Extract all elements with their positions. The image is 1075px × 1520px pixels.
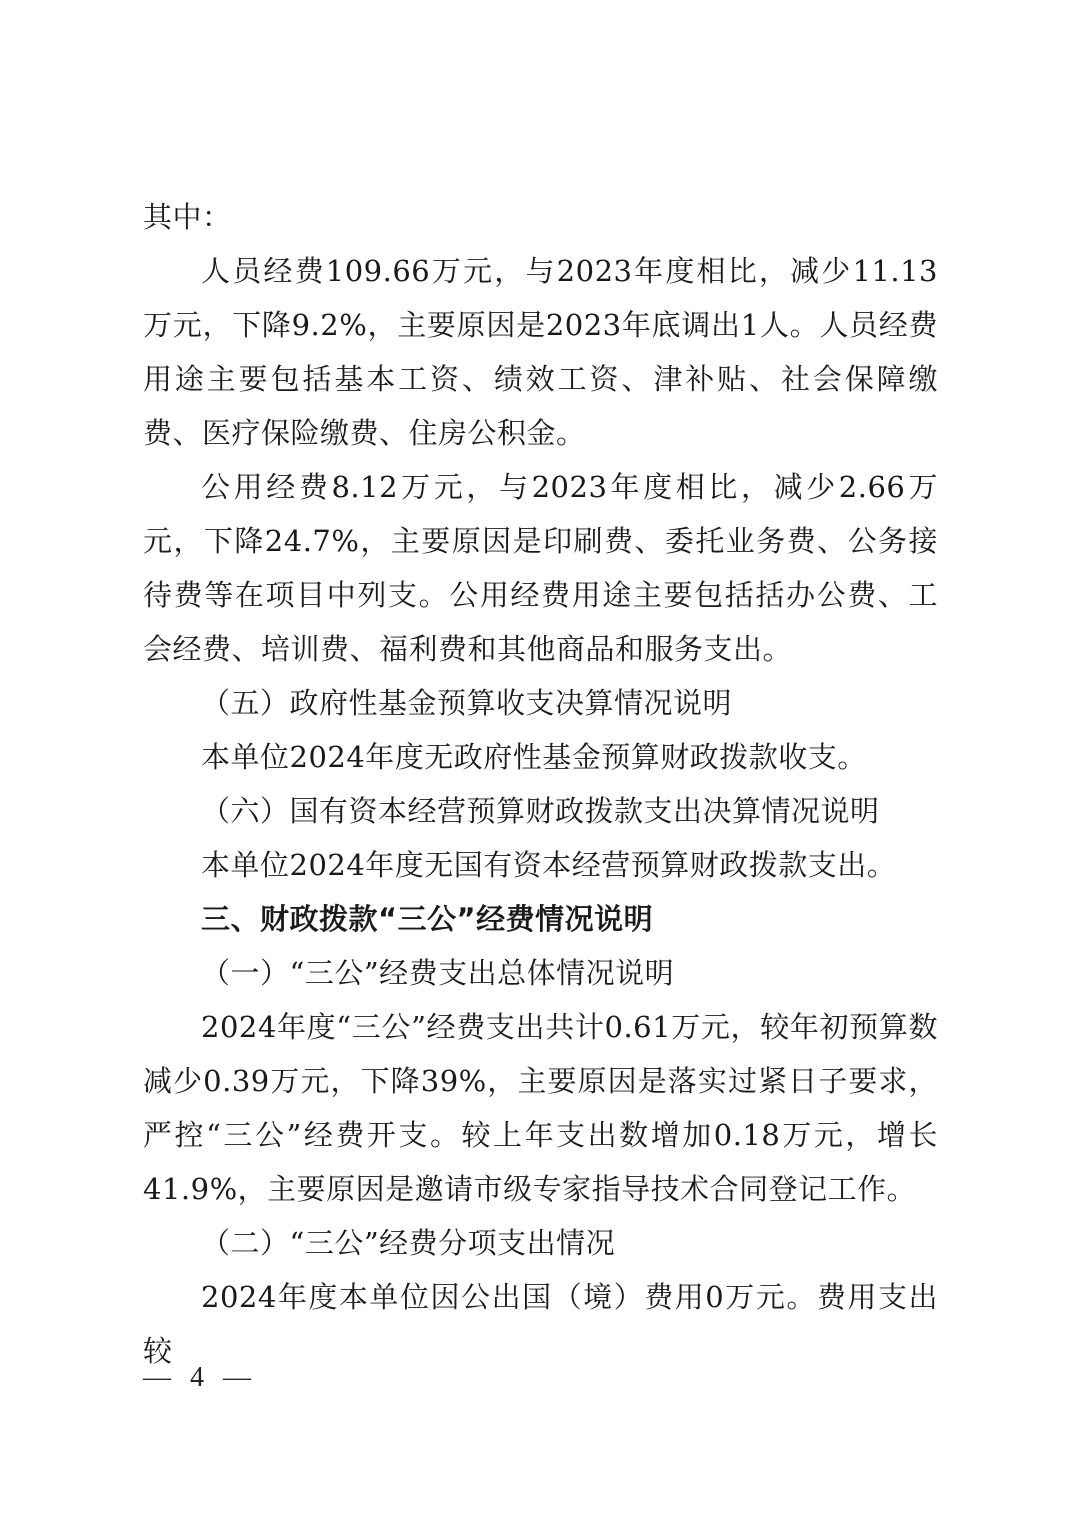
page-number: — 4 —	[143, 1362, 257, 1394]
personnel-expense-paragraph: 人员经费109.66万元，与2023年度相比，减少11.13万元，下降9.2%，…	[143, 244, 938, 460]
section-heading-gov-fund: （五）政府性基金预算收支决算情况说明	[143, 676, 938, 730]
gov-fund-paragraph: 本单位2024年度无政府性基金预算财政拨款收支。	[143, 730, 938, 784]
state-capital-paragraph: 本单位2024年度无国有资本经营预算财政拨款支出。	[143, 838, 938, 892]
three-public-itemized-paragraph: 2024年度本单位因公出国（境）费用0万元。费用支出较	[143, 1270, 938, 1378]
subheading-three-public-overall: （一）“三公”经费支出总体情况说明	[143, 946, 938, 1000]
public-expense-paragraph: 公用经费8.12万元，与2023年度相比，减少2.66万元，下降24.7%，主要…	[143, 460, 938, 676]
intro-label: 其中：	[143, 190, 938, 244]
section-heading-state-capital: （六）国有资本经营预算财政拨款支出决算情况说明	[143, 784, 938, 838]
three-public-overall-paragraph: 2024年度“三公”经费支出共计0.61万元，较年初预算数减少0.39万元，下降…	[143, 1000, 938, 1216]
document-page: 其中： 人员经费109.66万元，与2023年度相比，减少11.13万元，下降9…	[143, 190, 938, 1378]
section-heading-three-public: 三、财政拨款“三公”经费情况说明	[143, 892, 938, 946]
subheading-three-public-itemized: （二）“三公”经费分项支出情况	[143, 1216, 938, 1270]
